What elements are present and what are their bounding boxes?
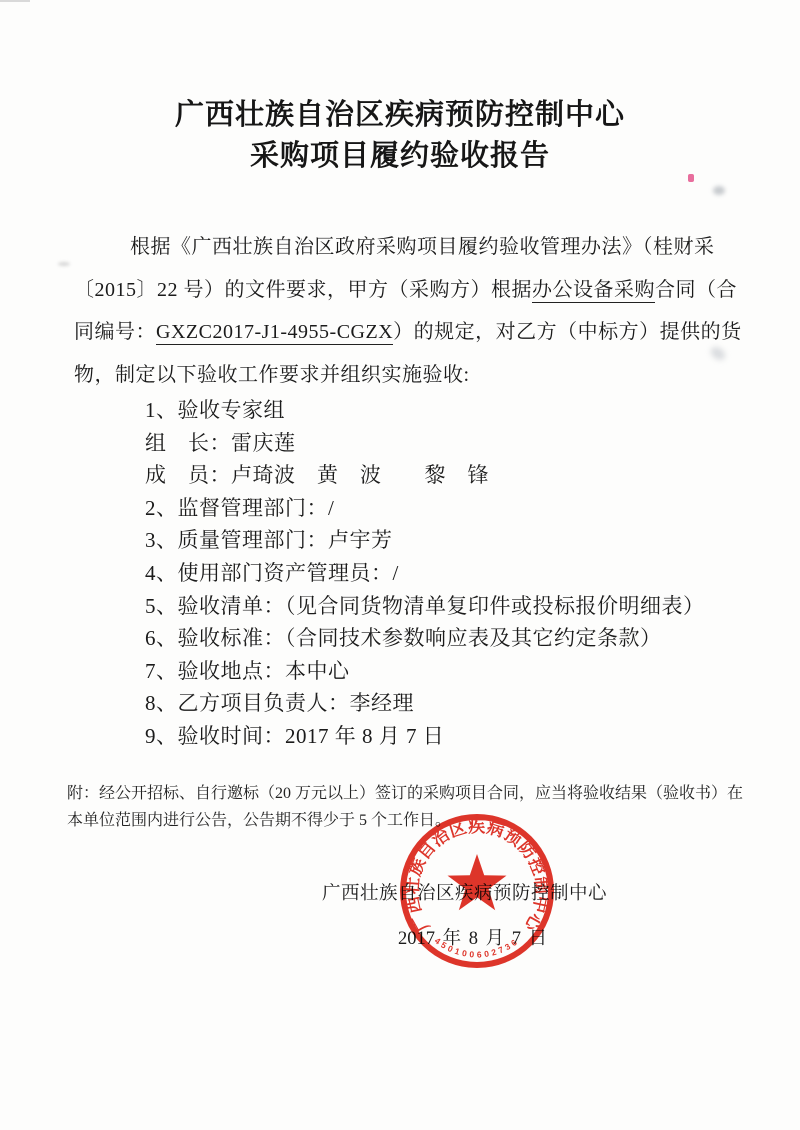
scanned-document-page: 广西壮族自治区疾病预防控制中心 采购项目履约验收报告 根据《广西壮族自治区政府采…: [0, 0, 800, 1130]
paragraph-line-3-post: ）的规定，对乙方（中标方）提供的货: [393, 321, 742, 343]
list-item-acceptance-checklist: 5、验收清单：（见合同货物清单复印件或投标报价明细表）: [145, 590, 745, 623]
acceptance-list: 1、验收专家组 组 长：雷庆莲 成 员：卢琦波 黄 波 黎 锋 2、监督管理部门…: [145, 394, 745, 753]
paragraph-line-4: 物，制定以下验收工作要求并组织实施验收:: [74, 354, 734, 397]
document-title-line-2: 采购项目履约验收报告: [0, 136, 800, 177]
paragraph-line-2: 〔2015〕22 号）的文件要求，甲方（采购方）根据办公设备采购合同（合: [74, 269, 734, 312]
paragraph-line-3: 同编号：GXZC2017-J1-4955-CGZX）的规定，对乙方（中标方）提供…: [74, 311, 734, 354]
footnote-line-1: 附：经公开招标、自行邀标（20 万元以上）签订的采购项目合同，应当将验收结果（验…: [67, 781, 767, 808]
list-item-supervision-dept: 2、监督管理部门：/: [145, 492, 745, 525]
scan-smudge-icon: [713, 186, 725, 195]
list-item-quality-dept: 3、质量管理部门：卢宇芳: [145, 524, 745, 557]
list-item-acceptance-date: 9、验收时间：2017 年 8 月 7 日: [145, 720, 745, 753]
contract-number-underline: GXZC2017-J1-4955-CGZX: [156, 321, 393, 345]
scan-edge-line: [0, 0, 30, 2]
list-item-asset-manager: 4、使用部门资产管理员：/: [145, 557, 745, 590]
list-item-group-leader: 组 长：雷庆莲: [145, 427, 745, 460]
paragraph-line-2-pre: 〔2015〕22 号）的文件要求，甲方（采购方）根据: [74, 279, 532, 301]
scan-dot-icon: [58, 262, 70, 266]
list-item-members: 成 员：卢琦波 黄 波 黎 锋: [145, 459, 745, 492]
official-seal-stamp: 广西壮族自治区疾病预防控制中心 450100602736: [397, 811, 557, 971]
paragraph-line-3-pre: 同编号：: [74, 321, 156, 343]
document-title-line-1: 广西壮族自治区疾病预防控制中心: [0, 95, 800, 136]
contract-name-underline: 办公设备采购: [532, 279, 655, 303]
list-item-acceptance-location: 7、验收地点：本中心: [145, 655, 745, 688]
paragraph-line-1: 根据《广西壮族自治区政府采购项目履约验收管理办法》（桂财采: [74, 226, 734, 269]
paragraph-line-2-post: 合同（合: [655, 279, 737, 301]
list-item-expert-group: 1、验收专家组: [145, 394, 745, 427]
seal-star-icon: [448, 854, 507, 910]
document-title: 广西壮族自治区疾病预防控制中心 采购项目履约验收报告: [0, 95, 800, 177]
body-paragraph: 根据《广西壮族自治区政府采购项目履约验收管理办法》（桂财采 〔2015〕22 号…: [74, 226, 734, 396]
list-item-seller-manager: 8、乙方项目负责人：李经理: [145, 687, 745, 720]
list-item-acceptance-standard: 6、验收标准：（合同技术参数响应表及其它约定条款）: [145, 622, 745, 655]
